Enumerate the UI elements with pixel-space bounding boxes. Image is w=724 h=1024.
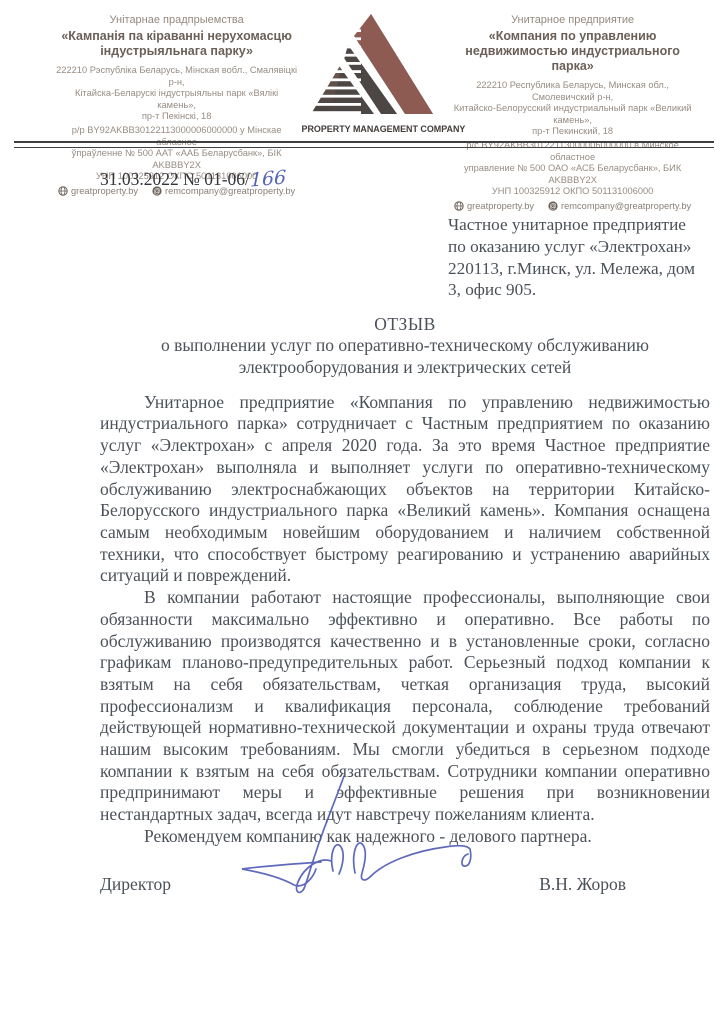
signer-position: Директор [100,874,171,895]
body-paragraph: Унитарное предприятие «Компания по управ… [100,392,710,587]
logo-caption: PROPERTY MANAGEMENT COMPANY [302,124,443,135]
address-line: пр-т Пекинский, 18 [447,126,698,138]
recipient-line: 3, офис 905. [448,279,708,301]
address-line: 222210 Рэспубліка Беларусь, Мінская вобл… [56,65,297,88]
title-subtitle-line: о выполнении услуг по оперативно-техниче… [100,335,710,357]
title-subtitle-line: электрооборудования и электрических сете… [100,357,710,379]
address-line: Кітайска-Беларускі індустрыяльны парк «В… [56,88,297,111]
recipient-line: 220113, г.Минск, ул. Мележа, дом [448,258,708,280]
org-name-left: «Кампанія па кіраванні нерухомасцю індус… [56,29,297,59]
address-line: Китайско-Белорусский индустриальный парк… [447,103,698,126]
handwritten-doc-number: 166 [250,166,287,191]
recipient-block: Частное унитарное предприятие по оказани… [448,214,708,301]
signature-row: Директор В.Н. Жоров [100,874,710,895]
address-line: пр-т Пекінскі, 18 [56,111,297,123]
recipient-line: Частное унитарное предприятие [448,214,708,236]
org-type-right: Унитарное предприятие [447,14,698,26]
address-line: 222210 Республика Беларусь, Минская обл.… [447,80,698,103]
signer-name: В.Н. Жоров [539,874,626,895]
document-title: ОТЗЫВ о выполнении услуг по оперативно-т… [100,314,710,379]
org-address-right: 222210 Республика Беларусь, Минская обл.… [447,80,698,138]
document-page: Унітарнае прадпрыемства «Кампанія па кір… [0,0,724,1024]
doc-number-prefix: № 01-06/ [183,169,250,189]
org-name-right: «Компания по управлению недвижимостью ин… [447,29,698,74]
org-address-left: 222210 Рэспубліка Беларусь, Мінская вобл… [56,65,297,123]
document-content: 31.03.2022 № 01-06/166 Частное унитарное… [100,147,710,895]
body-text: Унитарное предприятие «Компания по управ… [100,392,710,848]
body-paragraph: В компании работают настоящие профессион… [100,587,710,826]
org-type-left: Унітарнае прадпрыемства [56,14,297,26]
pyramid-logo-icon [305,12,439,118]
title-heading: ОТЗЫВ [100,314,710,335]
reference-line: 31.03.2022 № 01-06/166 [100,168,710,190]
doc-date: 31.03.2022 [100,169,179,189]
globe-icon [58,186,68,196]
recipient-line: по оказанию услуг «Электрохан» [448,236,708,258]
body-paragraph: Рекомендуем компанию как надежного - дел… [100,826,710,848]
